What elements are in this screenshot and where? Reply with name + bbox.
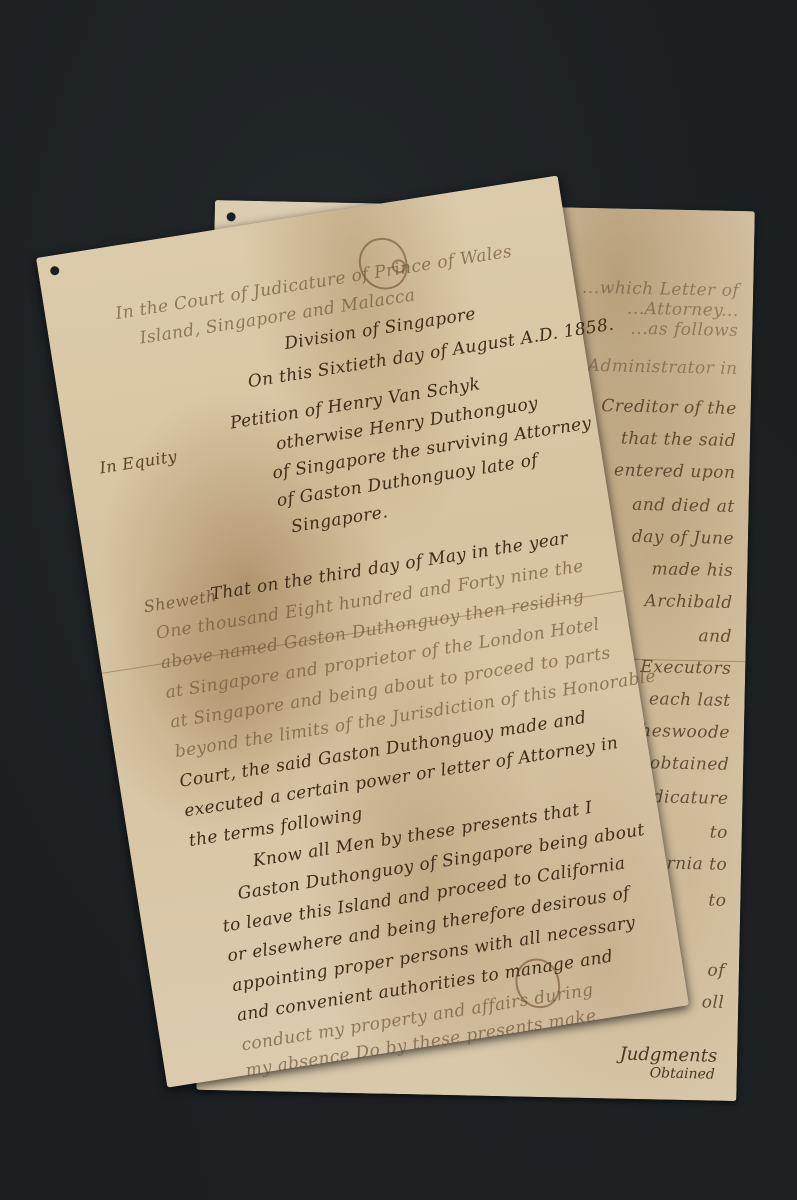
- petition-line: Singapore.: [290, 502, 390, 537]
- docket-obtained: Obtained: [619, 1065, 715, 1083]
- back-text-line: that the said: [621, 429, 736, 451]
- back-text-line: to: [708, 890, 726, 910]
- margin-sheweth: Sheweth: [142, 586, 218, 616]
- punch-hole: [227, 212, 236, 221]
- margin-in-equity: In Equity: [98, 447, 178, 478]
- back-text-line: ...Attorney...: [627, 299, 739, 321]
- back-text-line: each last: [649, 689, 731, 711]
- back-text-line: to: [710, 823, 728, 843]
- back-text-line: and died at: [632, 495, 735, 517]
- back-text-line: entered upon: [614, 460, 736, 483]
- back-sheet-text: ...which Letter of ...Attorney... ...as …: [559, 277, 739, 281]
- back-text-line: oll: [701, 992, 724, 1012]
- back-text-line: ...as follows: [630, 319, 738, 341]
- docket-judgments: Judgments: [619, 1044, 717, 1067]
- back-text-line: made his: [651, 559, 733, 581]
- back-text-line: obtained: [650, 753, 730, 775]
- back-text-line: Archibald: [644, 591, 733, 613]
- back-text-line: Administrator in: [587, 356, 737, 379]
- back-text-line: Creditor of the: [601, 396, 737, 419]
- back-text-line: ...which Letter of: [582, 278, 740, 301]
- back-text-line: day of June: [632, 527, 735, 549]
- back-text-line: of: [707, 960, 725, 980]
- back-text-line: and: [698, 626, 732, 647]
- docket-note: Judgments Obtained: [619, 1044, 717, 1083]
